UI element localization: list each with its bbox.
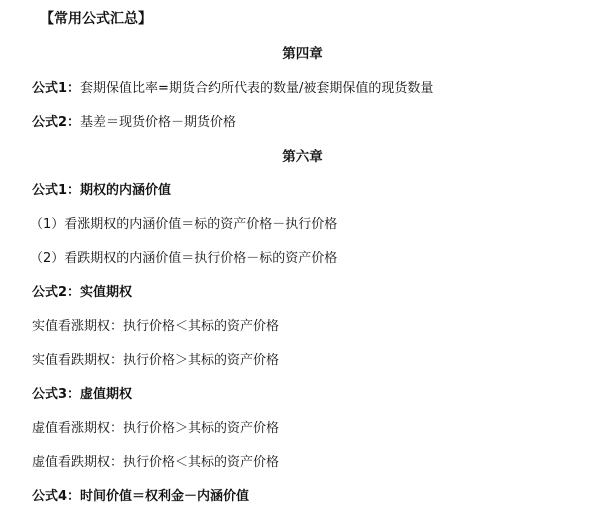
formula-text: 实值期权 <box>80 285 132 300</box>
formula-line: 公式1：套期保值比率=期货合约所代表的数量/被套期保值的现货数量 <box>32 80 433 98</box>
formula-item: 实值看跌期权：执行价格＞其标的资产价格 <box>32 352 279 370</box>
formula-heading: 公式3：虚值期权 <box>32 386 132 404</box>
document-title: 【常用公式汇总】 <box>40 10 152 28</box>
formula-text: 时间价值＝权利金－内涵价值 <box>80 489 249 504</box>
formula-item: 实值看涨期权：执行价格＜其标的资产价格 <box>32 318 279 336</box>
formula-label: 公式2： <box>32 115 80 130</box>
formula-text: 套期保值比率=期货合约所代表的数量/被套期保值的现货数量 <box>80 81 433 96</box>
formula-line: 公式2：基差＝现货价格－期货价格 <box>32 114 236 132</box>
formula-item: （1）看涨期权的内涵价值＝标的资产价格－执行价格 <box>30 216 337 234</box>
formula-heading: 公式1：期权的内涵价值 <box>32 182 171 200</box>
chapter-heading: 第六章 <box>0 148 593 166</box>
formula-label: 公式2： <box>32 285 80 300</box>
formula-heading: 公式4：时间价值＝权利金－内涵价值 <box>32 488 249 506</box>
formula-label: 公式1： <box>32 183 80 198</box>
formula-text: 虚值期权 <box>80 387 132 402</box>
formula-label: 公式3： <box>32 387 80 402</box>
formula-heading: 公式2：实值期权 <box>32 284 132 302</box>
formula-item: （2）看跌期权的内涵价值＝执行价格－标的资产价格 <box>30 250 337 268</box>
formula-label: 公式4： <box>32 489 80 504</box>
formula-item: 虚值看跌期权：执行价格＜其标的资产价格 <box>32 454 279 472</box>
formula-text: 期权的内涵价值 <box>80 183 171 198</box>
formula-label: 公式1： <box>32 81 80 96</box>
formula-text: 基差＝现货价格－期货价格 <box>80 115 236 130</box>
formula-item: 虚值看涨期权：执行价格＞其标的资产价格 <box>32 420 279 438</box>
chapter-heading: 第四章 <box>0 45 593 63</box>
